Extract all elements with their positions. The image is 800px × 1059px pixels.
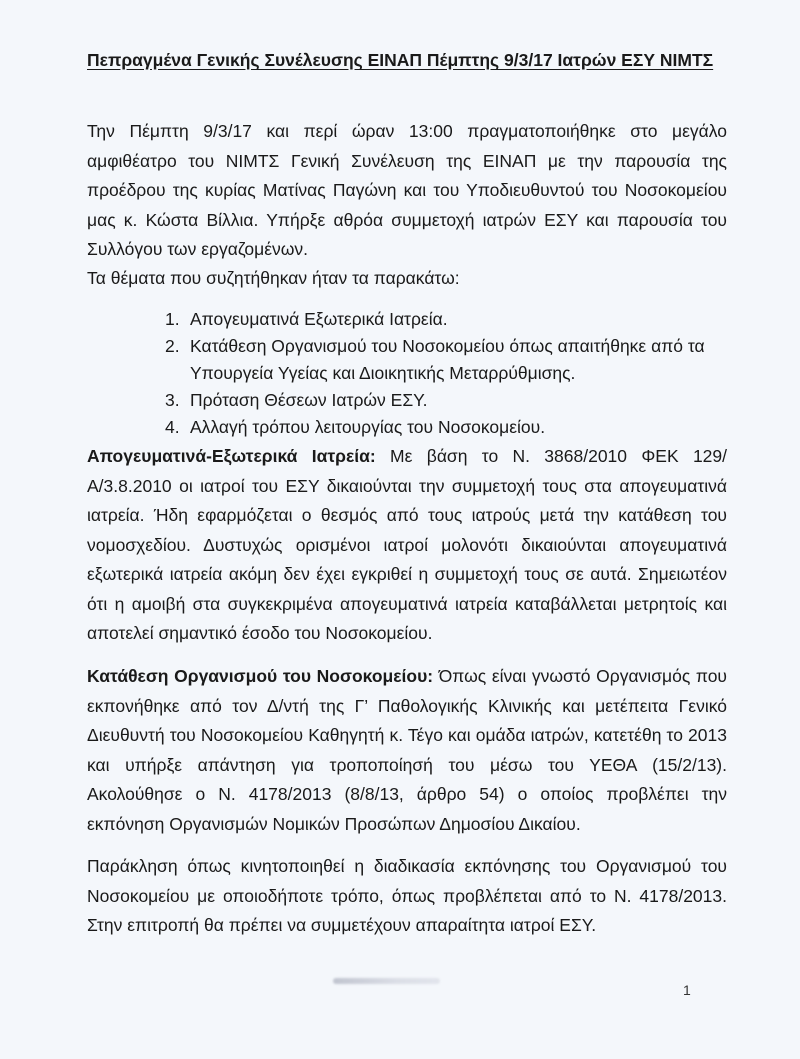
list-item-text: Κατάθεση Οργανισμού του Νοσοκομείου όπως… <box>190 333 735 387</box>
section-afternoon-clinics: Απογευματινά-Εξωτερικά Ιατρεία: Με βάση … <box>87 442 727 649</box>
list-item: 3. Πρόταση Θέσεων Ιατρών ΕΣΥ. <box>165 387 735 414</box>
list-item: 2. Κατάθεση Οργανισμού του Νοσοκομείου ό… <box>165 333 735 387</box>
section-body: Με βάση το Ν. 3868/2010 ΦΕΚ 129/Α/3.8.20… <box>87 446 727 643</box>
topics-intro: Τα θέματα που συζητήθηκαν ήταν τα παρακά… <box>87 264 727 294</box>
list-item-text: Απογευματινά Εξωτερικά Ιατρεία. <box>190 306 735 333</box>
list-item-number: 3. <box>165 387 190 414</box>
document-title: Πεπραγμένα Γενικής Συνέλευσης ΕΙΝΑΠ Πέμπ… <box>87 44 727 77</box>
section-body: Όπως είναι γνωστό Οργανισμός που εκπονήθ… <box>87 666 727 834</box>
intro-paragraph: Την Πέμπτη 9/3/17 και περί ώραν 13:00 πρ… <box>87 117 727 265</box>
page-number: 1 <box>683 982 691 998</box>
list-item-number: 4. <box>165 414 190 441</box>
list-item-number: 2. <box>165 333 190 387</box>
request-paragraph: Παράκληση όπως κινητοποιηθεί η διαδικασί… <box>87 852 727 941</box>
section-heading: Απογευματινά-Εξωτερικά Ιατρεία: <box>87 446 376 466</box>
section-hospital-organization: Κατάθεση Οργανισμού του Νοσοκομείου: Όπω… <box>87 662 727 839</box>
list-item-text: Πρόταση Θέσεων Ιατρών ΕΣΥ. <box>190 387 735 414</box>
list-item-number: 1. <box>165 306 190 333</box>
section-heading: Κατάθεση Οργανισμού του Νοσοκομείου: <box>87 666 433 686</box>
list-item: 1. Απογευματινά Εξωτερικά Ιατρεία. <box>165 306 735 333</box>
list-item: 4. Αλλαγή τρόπου λειτουργίας του Νοσοκομ… <box>165 414 735 441</box>
topics-list: 1. Απογευματινά Εξωτερικά Ιατρεία. 2. Κα… <box>165 306 735 441</box>
footer-smudge <box>333 978 440 984</box>
list-item-text: Αλλαγή τρόπου λειτουργίας του Νοσοκομείο… <box>190 414 735 441</box>
